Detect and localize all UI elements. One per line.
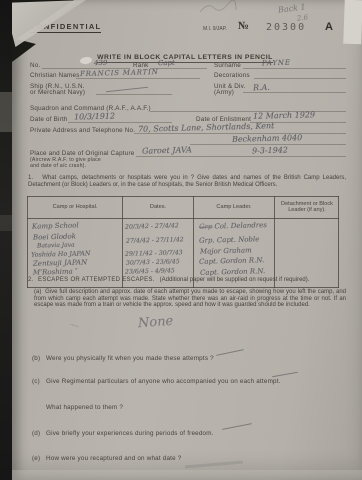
- camp-entry-1: Kamp School: [32, 221, 79, 230]
- dob-line: [68, 122, 172, 123]
- table-col-separator-1: [122, 196, 123, 288]
- decorations-label: Decorations: [214, 72, 250, 79]
- question-2e-label: (e): [32, 455, 40, 462]
- enlistment-value: 12 March 1929: [253, 110, 315, 121]
- background-sheet-corner: [343, 0, 362, 44]
- capture-label: Place and Date of Original Capture: [30, 150, 134, 157]
- squadron-label: Squadron and Command (R.A.F., A.A.F.): [30, 105, 151, 112]
- leader-entry-1-text: Col. Delandres: [214, 221, 267, 230]
- capture-line: [136, 156, 346, 157]
- surname-label: Surname: [214, 62, 241, 69]
- table-col-separator-2: [193, 196, 194, 288]
- dates-entry-4: 30/7/43 - 23/6/45: [126, 258, 180, 266]
- answer-none: None: [138, 314, 174, 331]
- form-title-text: WRITE IN BLOCK CAPITAL LETTERS IN PENCIL: [97, 54, 273, 63]
- question-1: 1. What camps, detachments or hospitals …: [28, 175, 346, 188]
- question-2-number: 2.: [28, 277, 33, 283]
- pencil-scribble: [198, 0, 238, 16]
- question-2a: (a) Give full description and approx. da…: [34, 289, 346, 309]
- table-header-camp: Camp or Hospital.: [29, 204, 121, 210]
- leader-entry-3: Major Graham: [200, 246, 252, 255]
- question-2d-label: (d): [32, 430, 40, 437]
- question-2c-followup: What happened to them ?: [46, 404, 123, 411]
- question-2b-label: (b): [32, 355, 40, 362]
- question-2b-text: Were you physically fit when you made th…: [46, 355, 214, 362]
- capture-sublabel-2: and date of a/c crash).: [30, 163, 86, 169]
- number-sign: №: [238, 20, 249, 32]
- camp-entry-5: Zentsuji JAPAN: [33, 258, 87, 267]
- rank-value: Capt: [158, 59, 175, 67]
- no-label: No.: [30, 62, 40, 69]
- camp-entry-6: M'Roshima ″: [33, 267, 78, 276]
- address-value2: Beckenham 4040: [232, 133, 302, 144]
- question-2a-text: Give full description and approx. date o…: [34, 289, 346, 308]
- photo-left-edge: [0, 0, 12, 480]
- dates-entry-3: 29/11/42 - 30/7/43: [125, 249, 183, 258]
- series-letter: A: [325, 21, 333, 33]
- table-header-leader: Camp Leader.: [195, 204, 273, 210]
- ship-label-line2: or Merchant Navy): [30, 89, 85, 96]
- leader-entry-2: Grp. Capt. Noble: [199, 235, 260, 245]
- address-label: Private Address and Telephone No.: [30, 127, 135, 134]
- unit-label-line2: (Army): [214, 89, 234, 96]
- question-2e-text: How were you recaptured and on what date…: [46, 455, 181, 462]
- edge-highlight-2: [0, 215, 12, 231]
- table-header-dates: Dates.: [124, 204, 192, 210]
- surname-value: PAYNE: [262, 59, 291, 68]
- dates-entry-2: 27/4/42 - 27/11/42: [126, 236, 184, 245]
- scanned-document-photo: CONFIDENTIAL M.I. 9/JAP. № 20300 A Back …: [0, 0, 362, 480]
- unit-value: R.A.: [253, 83, 270, 92]
- christian-names-label: Christian Names: [30, 72, 80, 79]
- camp-entry-2: Boei Glodok: [33, 232, 76, 241]
- address-line2: [190, 144, 346, 145]
- unit-line: [243, 92, 346, 93]
- question-2d-text: Give briefly your experiences during per…: [46, 430, 214, 437]
- no-value: 439: [94, 59, 108, 67]
- form-reference: M.I. 9/JAP.: [203, 26, 227, 32]
- question-2-title: ESCAPES OR ATTEMPTED ESCAPES.: [38, 277, 155, 283]
- surname-line: [243, 68, 346, 69]
- serial-number-stamp: 20300: [266, 22, 306, 33]
- table-border-right: [338, 196, 339, 288]
- dates-entry-5: 23/6/45 - 4/9/45: [125, 267, 175, 275]
- ship-line: [96, 94, 172, 95]
- question-1-number: 1.: [28, 175, 33, 181]
- question-1-text: What camps, detachments or hospitals wer…: [28, 175, 346, 188]
- capture-place-value: Garoet JAVA: [142, 145, 192, 155]
- capture-date-value: 9-3-1942: [252, 146, 288, 156]
- table-header-block-leader: Detachment or Block Leader (if any).: [278, 201, 336, 213]
- question-2c-text: Give Regimental particulars of anyone wh…: [46, 378, 281, 385]
- decorations-line: [254, 78, 346, 79]
- dates-entry-1: 20/3/42 - 27/4/42: [125, 222, 179, 230]
- pencil-note-line2: 2.6: [297, 13, 309, 22]
- table-header-separator: [27, 218, 339, 219]
- squadron-line: [150, 111, 346, 112]
- bottom-light-band: [12, 470, 362, 480]
- leader-entry-5: Capt. Gordon R.N.: [200, 267, 265, 277]
- table-col-separator-3: [274, 196, 275, 288]
- edge-highlight-1: [0, 92, 12, 132]
- question-2-heading: 2. ESCAPES OR ATTEMPTED ESCAPES. (Additi…: [28, 277, 346, 284]
- leader-scratched-word: Grp: [199, 223, 213, 231]
- camp-entry-4: Yoshida Ho JAPAN: [31, 249, 91, 259]
- leader-entry-4: Capt. Gordon R.N.: [199, 256, 264, 266]
- question-2-note: (Additional paper will be supplied on re…: [160, 277, 310, 283]
- question-2a-label: (a): [34, 289, 41, 295]
- table-border-top: [27, 196, 339, 197]
- question-2c-label: (c): [32, 378, 40, 385]
- christian-names-line: [76, 78, 200, 79]
- dob-label: Date of Birth: [30, 116, 68, 123]
- camp-entry-3: Batavia Java: [37, 242, 75, 250]
- dob-value: 10/3/1912: [74, 111, 115, 121]
